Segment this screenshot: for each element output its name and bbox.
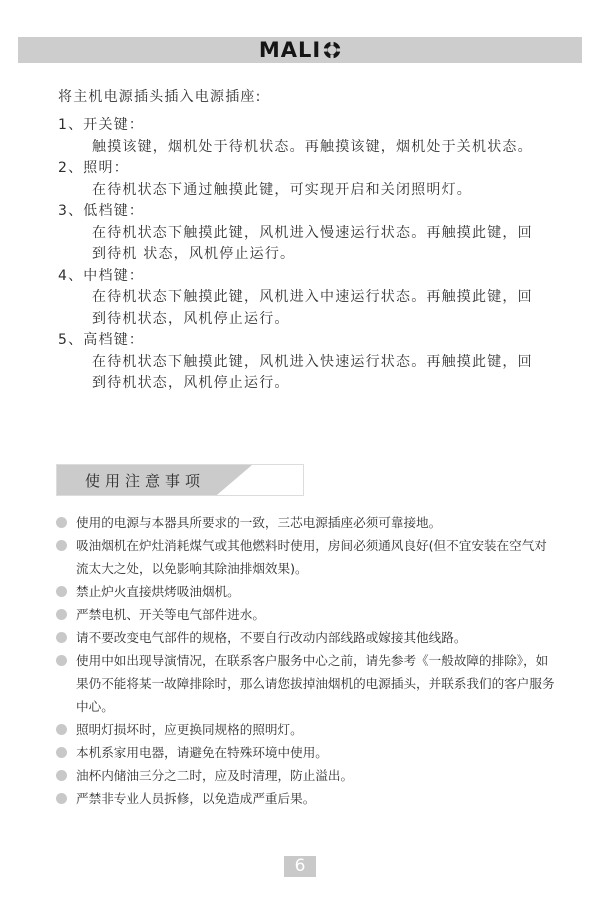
bullet-icon <box>56 793 67 804</box>
bullet-icon <box>56 586 67 597</box>
bullet-icon <box>56 609 67 620</box>
list-item: 本机系家用电器，请避免在特殊环境中使用。 <box>56 741 588 764</box>
bullet-icon <box>56 724 67 735</box>
feature-list: 1、开关键： 触摸该键，烟机处于待机状态。再触摸该键，烟机处于关机状态。 2、照… <box>58 115 578 395</box>
notched-ring-o-icon <box>323 41 341 59</box>
notice-section-header: 使用注意事项 <box>56 464 304 496</box>
bullet-icon <box>56 632 67 643</box>
notice-list: 使用的电源与本器具所要求的一致，三芯电源插座必须可靠接地。 吸油烟机在炉灶消耗煤… <box>56 511 588 810</box>
feature-body-mid-line2: 到待机状态，风机停止运行。 <box>92 309 578 331</box>
brand-name: MALI <box>259 40 321 61</box>
bullet-icon <box>56 540 67 551</box>
list-item: 照明灯损坏时，应更换同规格的照明灯。 <box>56 718 588 741</box>
feature-body-high-line1: 在待机状态下触摸此键，风机进入快速运行状态。再触摸此键，回 <box>92 352 578 374</box>
list-item: 请不要改变电气部件的规格，不要自行改动内部线路或嫁接其他线路。 <box>56 626 588 649</box>
header-bar: MALI <box>18 37 582 63</box>
list-item: 油杯内储油三分之二时，应及时清理，防止溢出。 <box>56 764 588 787</box>
feature-title-power: 1、开关键： <box>58 115 578 137</box>
list-item: 严禁电机、开关等电气部件进水。 <box>56 603 588 626</box>
list-item: 禁止炉火直接烘烤吸油烟机。 <box>56 580 588 603</box>
feature-title-mid: 4、中档键： <box>58 266 578 288</box>
feature-body-power: 触摸该键，烟机处于待机状态。再触摸该键，烟机处于关机状态。 <box>92 137 578 159</box>
list-item: 严禁非专业人员拆修，以免造成严重后果。 <box>56 787 588 810</box>
feature-body-light: 在待机状态下通过触摸此键，可实现开启和关闭照明灯。 <box>92 180 578 202</box>
brand-logo: MALI <box>259 40 341 61</box>
page-number: 6 <box>284 856 316 877</box>
feature-body-high-line2: 到待机状态，风机停止运行。 <box>92 373 578 395</box>
intro-text: 将主机电源插头插入电源插座: <box>58 86 262 106</box>
list-item: 使用中如出现导演情况，在联系客户服务中心之前，请先参考《一般故障的排除》，如果仍… <box>56 649 588 718</box>
bullet-icon <box>56 517 67 528</box>
bullet-icon <box>56 747 67 758</box>
notice-section-title: 使用注意事项 <box>85 470 205 491</box>
bullet-icon <box>56 655 67 666</box>
feature-body-mid-line1: 在待机状态下触摸此键，风机进入中速运行状态。再触摸此键，回 <box>92 287 578 309</box>
feature-title-high: 5、高档键： <box>58 330 578 352</box>
feature-body-low-line2: 到待机 状态，风机停止运行。 <box>92 244 578 266</box>
feature-body-low-line1: 在待机状态下触摸此键，风机进入慢速运行状态。再触摸此键，回 <box>92 223 578 245</box>
list-item: 吸油烟机在炉灶消耗煤气或其他燃料时使用，房间必须通风良好(但不宜安装在空气对流太… <box>56 534 588 580</box>
feature-title-low: 3、低档键： <box>58 201 578 223</box>
feature-title-light: 2、照明： <box>58 158 578 180</box>
list-item: 使用的电源与本器具所要求的一致，三芯电源插座必须可靠接地。 <box>56 511 588 534</box>
bullet-icon <box>56 770 67 781</box>
